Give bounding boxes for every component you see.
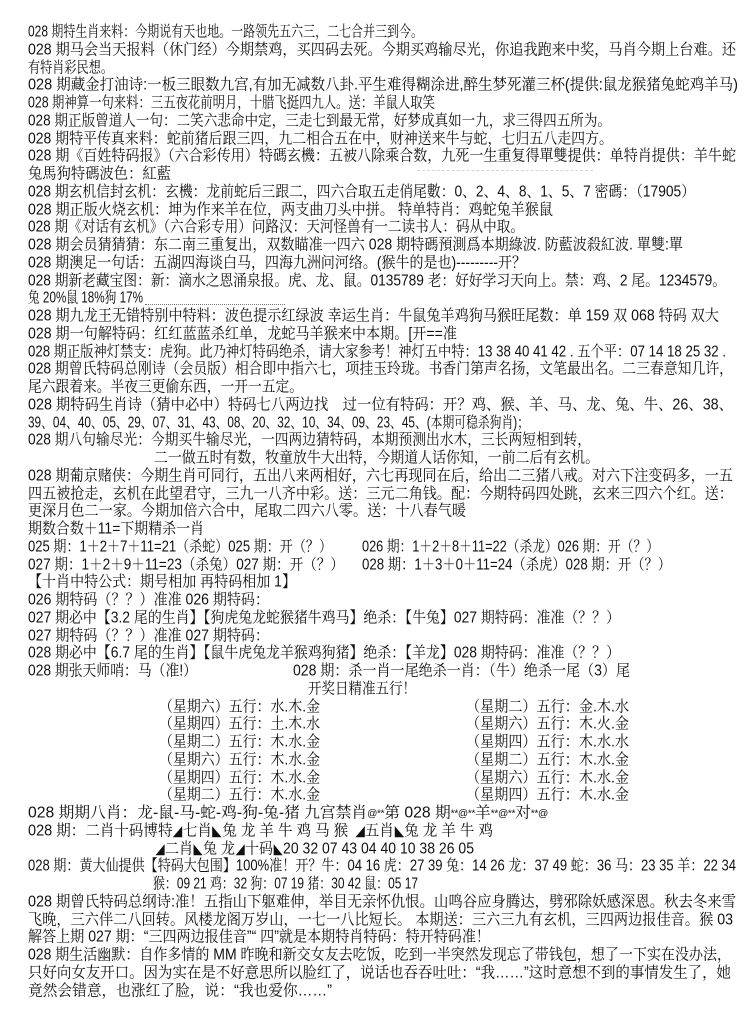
wuxing-row: （星期二）五行：木.水.金 （星期四）五行：木.水.水 — [0, 733, 751, 751]
mahui-line-cont: 有特肖彩民想。 — [0, 59, 751, 77]
zengshi-poem-line: 028 期曾氏特码总刚诗（会员版）相合即中指六七，项挂玉玲珑。书香门第声名扬，文… — [0, 360, 751, 378]
wuxing-title-row: 开奖日精准五行！ — [0, 680, 751, 698]
dotted-separator — [145, 304, 285, 305]
wuxing-title: 开奖日精准五行！ — [308, 679, 416, 699]
triangle-open-icon: ◢ — [173, 821, 182, 841]
bet-text: 028 期：二肖十码博特◢七肖◣兔 龙 羊 牛 鸡 马 猴◢五肖◣兔 龙 羊 牛… — [28, 821, 493, 841]
eight-verse-line: 028 期八句输尽光：今期买牛输尽光，一四两边猜特码，本期预测出水木，三长两短相… — [0, 431, 751, 449]
line-text: 028 期曾氏特码总刚诗（会员版）相合即中指六七，项挂玉玲珑。书香门第声名扬，文… — [28, 359, 733, 379]
line-text: 028 期特码生肖诗（猜中必中）特码七八两边找 过一位有特码：开？鸡、猴、羊、马… — [28, 395, 733, 415]
line-text: 028 期正版曾道人一句：二笑六悲命中定，三走七到最无常，好梦成真如一九，求三得… — [28, 111, 611, 131]
line-text: 028 期一句解特码：红红蓝蓝杀红单，龙蛇马羊猴来中本期。[开==准 — [28, 324, 457, 344]
te-shengxiao-line: 028 期特生肖来料：今期说有天也地。一路领先五六三，二七合并三到今。 — [0, 23, 751, 41]
shengxiao-poem-line: 028 期特码生肖诗（猜中必中）特码七八两边找 过一位有特码：开？鸡、猴、羊、马… — [0, 396, 751, 414]
mahui-line: 028 期马会当天报料（休门经）今期禁鸡，买四码去死。今期买鸡输尽光，你追我跑来… — [0, 41, 751, 59]
wuxing-right: （星期六）五行：木.火.金 — [466, 714, 629, 734]
zhang-tianshi-text: 028 期张天师哨：马（准!） — [28, 661, 197, 681]
wuxing-row: （星期六）五行：木.水.金 （星期二）五行：木.水.金 — [0, 751, 751, 769]
pujing-line-cont-1: 四五被抢走，玄机在此望君守，三九一八齐中彩。送：三元二角钱。配：今期特码四处跳，… — [0, 485, 751, 503]
line-text: 更深月色二一家。今期加倍六合中，尾取二四六八零。送：十八春气暖 — [28, 501, 466, 521]
lottery-tips-page: 028 期特生肖来料：今期说有天也地。一路领先五六三，二七合并三到今。 028 … — [0, 0, 751, 1024]
group-values: 20 32 07 43 04 40 10 38 26 05 — [283, 839, 474, 857]
line-text: 028 期九龙王无错特别中特料：波色提示红绿波 幸运生肖：牛鼠兔羊鸡狗马猴旺尾数… — [28, 306, 719, 326]
bet-prefix: 028 期：二肖十码博特 — [28, 821, 172, 839]
group-values: 兔 龙 羊 牛 鸡 — [404, 821, 493, 839]
line-text: 028 期八句输尽光：今期买牛输尽光，一四两边猜特码，本期预测出水木，三长两短相… — [28, 430, 591, 450]
aozu-line: 028 期澳足一句话：五湖四海谈白马，四海九洲问河络。(猴牛的是也)------… — [0, 254, 751, 272]
line-text: 二一做五时有数，牧童放牛大出特，今期道人话你知，一前二后有玄机。 — [154, 448, 599, 468]
wuxing-row: （星期六）五行：水.木.金 （星期二）五行：金.木.水 — [0, 698, 751, 716]
wuxing-left: （星期四）五行：土.木.水 — [159, 714, 320, 734]
line-text: 028 期神算一句来料：三五夜花前明月，十腊飞挺四九人。送：羊鼠人取笑 — [28, 93, 435, 113]
shengxiao-poem-numbers: 39、04、40、05、29、07、31、43、08、20、32、10、34、0… — [0, 414, 751, 432]
eight-xiao-row: 028 期期八肖：龙-鼠-马-蛇-鸡-狗-兔-猪 九宫禁肖@**第 028 期*… — [0, 804, 751, 822]
zengdaoren-line: 028 期正版曾道人一句：二笑六悲命中定，三走七到最无常，好梦成真如一九，求三得… — [0, 112, 751, 130]
decor-separator: **@ — [531, 807, 548, 818]
issue-027-pick: 027 期必中【3.2 尾的生肖】【狗虎兔龙蛇猴猪牛鸡马】绝杀：【牛兔】027 … — [0, 609, 751, 627]
formula-row: 027 期：1＋2＋9＋11=23（杀兔）027 期：开（？） 028 期：1＋… — [0, 556, 751, 574]
baixing-report-line-cont: 兔馬狗特碼波色：紅藍 — [0, 165, 751, 183]
zhang-tianshi-row: 028 期张天师哨：马（准!） 028 期：杀一肖一尾绝杀一肖：（牛）绝杀一尾（… — [0, 662, 751, 680]
kill-one-text: 028 期：杀一肖一尾绝杀一肖：（牛）绝杀一尾（3）尾 — [293, 661, 630, 681]
wuxing-left: （星期二）五行：木.水.金 — [159, 732, 320, 752]
shensuan-line: 028 期神算一句来料：三五夜花前明月，十腊飞挺四九人。送：羊鼠人取笑 — [0, 94, 751, 112]
huangdaxian-line-cont: 猴：09 21 鸡：32 狗：07 19 猪：30 42 鼠：05 17 — [0, 875, 751, 893]
line-text: 028 期葡京赌侠：今期生肖可同行，五出八来两相好，六七再现同在后，给出二三猪八… — [28, 466, 733, 486]
zengshi-gang-poem-cont: 飞晚，三六伴二八回转。风楼龙阁万岁山，一七一八比短长。 本期送：三六三九有玄机，… — [0, 911, 751, 929]
line-text: 028 期马会当天报料（休门经）今期禁鸡，买四码去死。今期买鸡输尽光，你追我跑来… — [28, 40, 736, 60]
line-text: 尾六跟着来。半夜三更偷东西，一开一五定。 — [28, 377, 303, 397]
triangle-close-icon: ◣ — [212, 821, 221, 841]
wuxing-row: （星期二）五行：木.水.金 （星期四）五行：木.水.金 — [0, 786, 751, 804]
wuxing-left: （星期六）五行：木.水.金 — [159, 750, 320, 770]
humor-line-cont-2: 竟然会错意，也涨红了脸，说：“我也爱你……” — [0, 982, 751, 1000]
line-text: 解答上期 027 期：“三四两边报佳音”“ 四”就是本期特肖特码：特开特码准！ — [28, 927, 490, 947]
group-label: 七肖 — [183, 821, 212, 839]
line-text: 028 期会员猜猜猜：东二南三重复出，双数瞄准一四六 028 期特碼預測爲本期綠… — [28, 235, 683, 255]
group-label: 十码 — [245, 839, 273, 857]
formula-right: 028 期：1＋3＋0＋11=24（杀虎）028 期：开（？） — [362, 555, 671, 575]
line-text: 猴：09 21 鸡：32 狗：07 19 猪：30 42 鼠：05 17 — [153, 874, 418, 894]
banned-animal: 羊 — [475, 803, 491, 821]
issue-028-pick: 028 期必中【6.7 尾的生肖】【鼠牛虎兔龙羊猴鸡狗猪】绝杀：【羊龙】028 … — [0, 644, 751, 662]
treasure-map-percent-line: 兔 20%鼠 18%狗 17% — [0, 289, 751, 307]
triangle-close-icon: ◣ — [394, 821, 403, 841]
faint-scan-artifact — [417, 170, 593, 174]
line-text: 028 期特生肖来料：今期说有天也地。一路领先五六三，二七合并三到今。 — [28, 22, 423, 42]
formula-left: 025 期：1＋2＋7＋11=21（杀蛇）025 期：开（？） — [28, 537, 332, 557]
formula-row: 025 期：1＋2＋7＋11=21（杀蛇）025 期：开（？） 026 期：1＋… — [0, 538, 751, 556]
teping-fax-line: 028 期特平传真来料：蛇前猪后跟三四，九二相合五在中，财神送来牛与蛇，七归五八… — [0, 130, 751, 148]
wuxing-row: （星期四）五行：土.木.水 （星期六）五行：木.火.金 — [0, 715, 751, 733]
wuxing-right: （星期四）五行：木.水.金 — [466, 785, 629, 805]
jiulongwang-line: 028 期九龙王无错特别中特料：波色提示红绿波 幸运生肖：牛鼠兔羊鸡狗马猴旺尾数… — [0, 307, 751, 325]
line-text: 【十肖中特公式：期号相加 再特码相加 1】 — [28, 572, 296, 592]
line-text: 028 期澳足一句话：五湖四海谈白马，四海九洲问河络。(猴牛的是也)------… — [28, 253, 526, 273]
bet-row-2: ◢二肖◣兔 龙◢十码◣20 32 07 43 04 40 10 38 26 05 — [0, 840, 751, 858]
xuanji-envelope-line: 028 期玄机信封玄机：玄機：龙前蛇后三跟二，四六合取五走俏尾數：0、2、4、8… — [0, 183, 751, 201]
line-text: 028 期玄机信封玄机：玄機：龙前蛇后三跟二，四六合取五走俏尾數：0、2、4、8… — [28, 182, 695, 202]
line-text: 028 期必中【6.7 尾的生肖】【鼠牛虎兔龙羊猴鸡狗猪】绝杀：【羊龙】028 … — [28, 643, 620, 663]
zengshi-gang-poem-line: 028 期曾氏特码总纲诗:准！五指山下躯难伸，举目无亲怀仇恨。山鸣谷应身腾达，劈… — [0, 893, 751, 911]
decor-separator: @** — [367, 807, 384, 818]
document-body: 028 期特生肖来料：今期说有天也地。一路领先五六三，二七合并三到今。 028 … — [0, 23, 751, 999]
decor-separator: **@** — [451, 807, 475, 818]
issue-027-code: 027 期特码（？？）准准 027 期特码： — [0, 627, 751, 645]
wuxing-row: （星期四）五行：木.水.金 （星期六）五行：木.水.金 — [0, 769, 751, 787]
huangdaxian-line: 028 期：黄大仙提供【特码大包围】100%准！开？牛：04 16 虎：27 3… — [0, 857, 751, 875]
formula-right: 026 期：1＋2＋8＋11=22（杀龙）026 期：开（？） — [362, 537, 659, 557]
humor-line: 028 期生活幽默：自作多情的 MM 昨晚和新交女友去吃饭，吃到一半突然发现忘了… — [0, 946, 751, 964]
baixing-report-line: 028 期《百姓特码报》（六合彩传用）特碼玄機：五被八除乘合数，九死一生重复得單… — [0, 147, 751, 165]
wuxing-right: （星期四）五行：木.水.水 — [466, 732, 629, 752]
duihua-line: 028 期《对话有玄机》（六合彩专用）问路汉：天河怪兽有一二读书人：码从中取。 — [0, 218, 751, 236]
issue-026-code: 026 期特码（？？）准准 026 期特码： — [0, 591, 751, 609]
line-text: 028 期：黄大仙提供【特码大包围】100%准！开？牛：04 16 虎：27 3… — [28, 856, 736, 876]
group-values: 兔 龙 — [203, 839, 235, 857]
pujing-line: 028 期葡京赌侠：今期生肖可同行，五出八来两相好，六七再现同在后，给出二三猪八… — [0, 467, 751, 485]
eight-verse-line-cont: 二一做五时有数，牧童放牛大出特，今期道人话你知，一前二后有玄机。 — [0, 449, 751, 467]
line-text: 兔 20%鼠 18%狗 17% — [28, 288, 143, 308]
line-text: 028 期《百姓特码报》（六合彩传用）特碼玄機：五被八除乘合数，九死一生重复得單… — [28, 146, 736, 166]
bet-row-1: 028 期：二肖十码博特◢七肖◣兔 龙 羊 牛 鸡 马 猴◢五肖◣兔 龙 羊 牛… — [0, 822, 751, 840]
line-text: 028 期生活幽默：自作多情的 MM 昨晚和新交女友去吃饭，吃到一半突然发现忘了… — [28, 945, 731, 965]
shendeng-line: 028 期正版神灯禁支：虎狗。此乃神灯特码绝杀，请大家参考！神灯五中特：13 3… — [0, 343, 751, 361]
treasure-map-line: 028 期新老藏宝图：新：滴水之恩涌泉报。虎、龙、鼠。0135789 老：好好学… — [0, 272, 751, 290]
issue-label: 第 028 期 — [384, 803, 450, 821]
cangjin-poem-line: 028 期藏金打油诗:一板三眼数九宫,有加无减数八卦.平生难得糊涂进,醉生梦死灌… — [0, 76, 751, 94]
line-text: 只好向女友开口。因为实在是不好意思所以脸红了，说话也吞吞吐吐：“我……”这时意想… — [28, 963, 731, 983]
member-guess-line: 028 期会员猜猜猜：东二南三重复出，双数瞄准一四六 028 期特碼預測爲本期綠… — [0, 236, 751, 254]
pujing-line-cont-2: 更深月色二一家。今期加倍六合中，尾取二四六八零。送：十八春气暖 — [0, 502, 751, 520]
zengshi-poem-line-cont: 尾六跟着来。半夜三更偷东西，一开一五定。 — [0, 378, 751, 396]
line-text: 期数合数＋11=下期精杀一肖 — [28, 519, 204, 539]
decor-separator: **@** — [491, 807, 515, 818]
ten-xiao-formula: 【十肖中特公式：期号相加 再特码相加 1】 — [0, 573, 751, 591]
line-text: 027 期必中【3.2 尾的生肖】【狗虎兔龙蛇猴猪牛鸡马】绝杀：【牛兔】027 … — [28, 608, 620, 628]
group-label: 二肖 — [165, 839, 193, 857]
eight-xiao-prefix: 028 期期八肖：龙-鼠-马-蛇-鸡-狗-兔-猪 九宫禁肖 — [28, 803, 367, 821]
one-sentence-line: 028 期一句解特码：红红蓝蓝杀红单，龙蛇马羊猴来中本期。[开==准 — [0, 325, 751, 343]
line-text: 028 期《对话有玄机》（六合彩专用）问路汉：天河怪兽有一二读书人：码从中取。 — [28, 217, 524, 237]
wuxing-left: （星期二）五行：木.水.金 — [159, 785, 320, 805]
humor-line-cont-1: 只好向女友开口。因为实在是不好意思所以脸红了，说话也吞吞吐吐：“我……”这时意想… — [0, 964, 751, 982]
huoshao-line: 028 期正版火烧玄机：坤为作来羊在位，两支曲刀头中拼。 特单特肖：鸡蛇兔羊猴鼠 — [0, 201, 751, 219]
group-values: 兔 龙 羊 牛 鸡 马 猴 — [222, 821, 348, 839]
line-text: 028 期藏金打油诗:一板三眼数九宫,有加无减数八卦.平生难得糊涂进,醉生梦死灌… — [28, 75, 738, 95]
triangle-open-icon: ◢ — [355, 821, 364, 841]
formula-title: 期数合数＋11=下期精杀一肖 — [0, 520, 751, 538]
last-issue-answer: 解答上期 027 期：“三四两边报佳音”“ 四”就是本期特肖特码：特开特码准！ — [0, 928, 751, 946]
line-text: 028 期曾氏特码总纲诗:准！五指山下躯难伸，举目无亲怀仇恨。山鸣谷应身腾达，劈… — [28, 892, 736, 912]
line-text: 兔馬狗特碼波色：紅藍 — [28, 164, 171, 184]
line-text: 026 期特码（？？）准准 026 期特码： — [28, 590, 269, 610]
line-text: 竟然会错意，也涨红了脸，说：“我也爱你……” — [28, 981, 332, 1001]
group-label: 五肖 — [365, 821, 394, 839]
wuxing-right: （星期二）五行：木.水.金 — [466, 750, 629, 770]
decor-word: 对 — [515, 803, 531, 821]
